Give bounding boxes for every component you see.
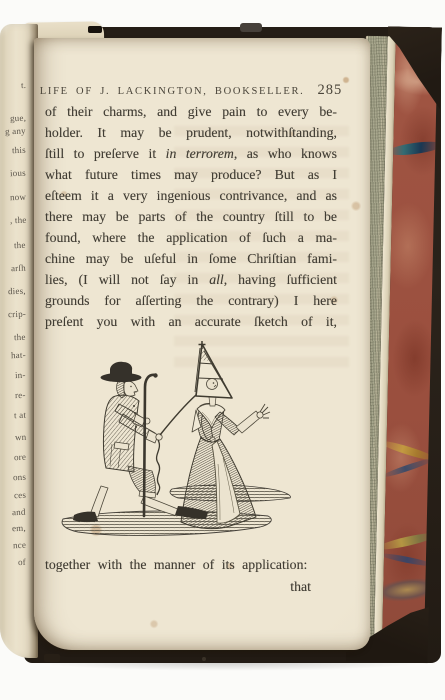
footer-line: together with the manner of its applicat… bbox=[45, 554, 337, 575]
dangling-rope bbox=[157, 440, 160, 495]
fragment-text: ore bbox=[14, 452, 26, 462]
fragment-text: in- bbox=[15, 370, 26, 380]
fragment-text: crip- bbox=[8, 309, 26, 320]
facing-page-edge: t.gue,g anythisiousnow, thethearſhdies,c… bbox=[0, 24, 38, 658]
book-photograph: t.gue,g anythisiousnow, thethearſhdies,c… bbox=[0, 0, 445, 700]
fragment-text: hat- bbox=[11, 350, 26, 361]
body-text: of their charms, and give pain to every … bbox=[45, 101, 337, 332]
fragment-text: , the bbox=[9, 215, 26, 226]
running-head-title: LIFE OF J. LACKINGTON, BOOKSELLER. bbox=[40, 86, 305, 97]
rear-shoe bbox=[73, 512, 98, 522]
fragment-text: dies, bbox=[8, 286, 26, 297]
marble-vein bbox=[382, 438, 438, 463]
body-line: what future times may produce? But as I bbox=[45, 164, 337, 185]
neck bbox=[209, 397, 216, 406]
body-line: grounds for aſſerting the contrary) I he… bbox=[45, 290, 337, 311]
fragment-text: g any bbox=[5, 126, 26, 137]
body-line: chine may be uſeful in ſome Chriſtian fa… bbox=[45, 248, 337, 269]
body-line: holder. It may be prudent, notwithſtandi… bbox=[45, 122, 337, 143]
marble-vein bbox=[387, 139, 438, 157]
fragment-text: ces bbox=[14, 490, 26, 500]
fragment-text: nce bbox=[13, 540, 26, 550]
body-line: preſent you with an accurate ſketch of i… bbox=[45, 311, 337, 332]
page-edge-speck bbox=[202, 657, 206, 661]
far-hand bbox=[156, 434, 162, 440]
fragment-text: the bbox=[14, 240, 26, 250]
body-line: eſteem it a very ingenious contrivance, … bbox=[45, 185, 337, 206]
marble-vein bbox=[382, 456, 436, 480]
lead-rope bbox=[160, 395, 196, 435]
caged-face bbox=[207, 379, 218, 390]
woodcut-svg bbox=[60, 340, 300, 548]
body-line: found, where the application of ſuch a m… bbox=[45, 227, 337, 248]
body-line: there may be parts of the country ſtill … bbox=[45, 206, 337, 227]
catchword: that bbox=[45, 576, 337, 597]
fragment-text: re- bbox=[15, 390, 26, 400]
fragment-text: t. bbox=[21, 80, 27, 90]
face bbox=[124, 381, 138, 396]
fragment-text: the bbox=[14, 332, 26, 342]
fragment-text: wn bbox=[14, 432, 26, 442]
fragment-text: and bbox=[12, 507, 26, 517]
facing-page-fragments: t.gue,g anythisiousnow, thethearſhdies,c… bbox=[0, 24, 38, 658]
book-page: LIFE OF J. LACKINGTON, BOOKSELLER. 285 o… bbox=[34, 38, 370, 650]
woodcut-illustration bbox=[60, 340, 300, 548]
marble-vein bbox=[382, 530, 438, 552]
board-bottom-notch bbox=[44, 654, 60, 662]
body-line: of their charms, and give pain to every … bbox=[45, 101, 337, 122]
fragment-text: em, bbox=[12, 523, 26, 533]
fragment-text: ons bbox=[13, 472, 26, 482]
headband-bump bbox=[240, 23, 262, 32]
fragment-text: now bbox=[10, 192, 26, 203]
board-edge-nick bbox=[88, 26, 102, 33]
fragment-text: this bbox=[12, 145, 26, 155]
fragment-text: gue, bbox=[10, 113, 26, 124]
fragment-text: ious bbox=[10, 168, 26, 179]
fragment-text: t at bbox=[14, 410, 26, 420]
body-line: lies, (I will not ſay in all, having ſuf… bbox=[45, 269, 337, 290]
head-cage bbox=[195, 341, 232, 398]
hat-crown bbox=[110, 362, 132, 377]
fragment-text: of bbox=[18, 557, 26, 567]
running-head: LIFE OF J. LACKINGTON, BOOKSELLER. 285 bbox=[45, 82, 337, 99]
body-line: ſtill to preſerve it in terrorem, as who… bbox=[45, 143, 337, 164]
marble-vein bbox=[382, 551, 436, 568]
page-number: 285 bbox=[318, 82, 343, 99]
fragment-text: arſh bbox=[11, 263, 26, 274]
